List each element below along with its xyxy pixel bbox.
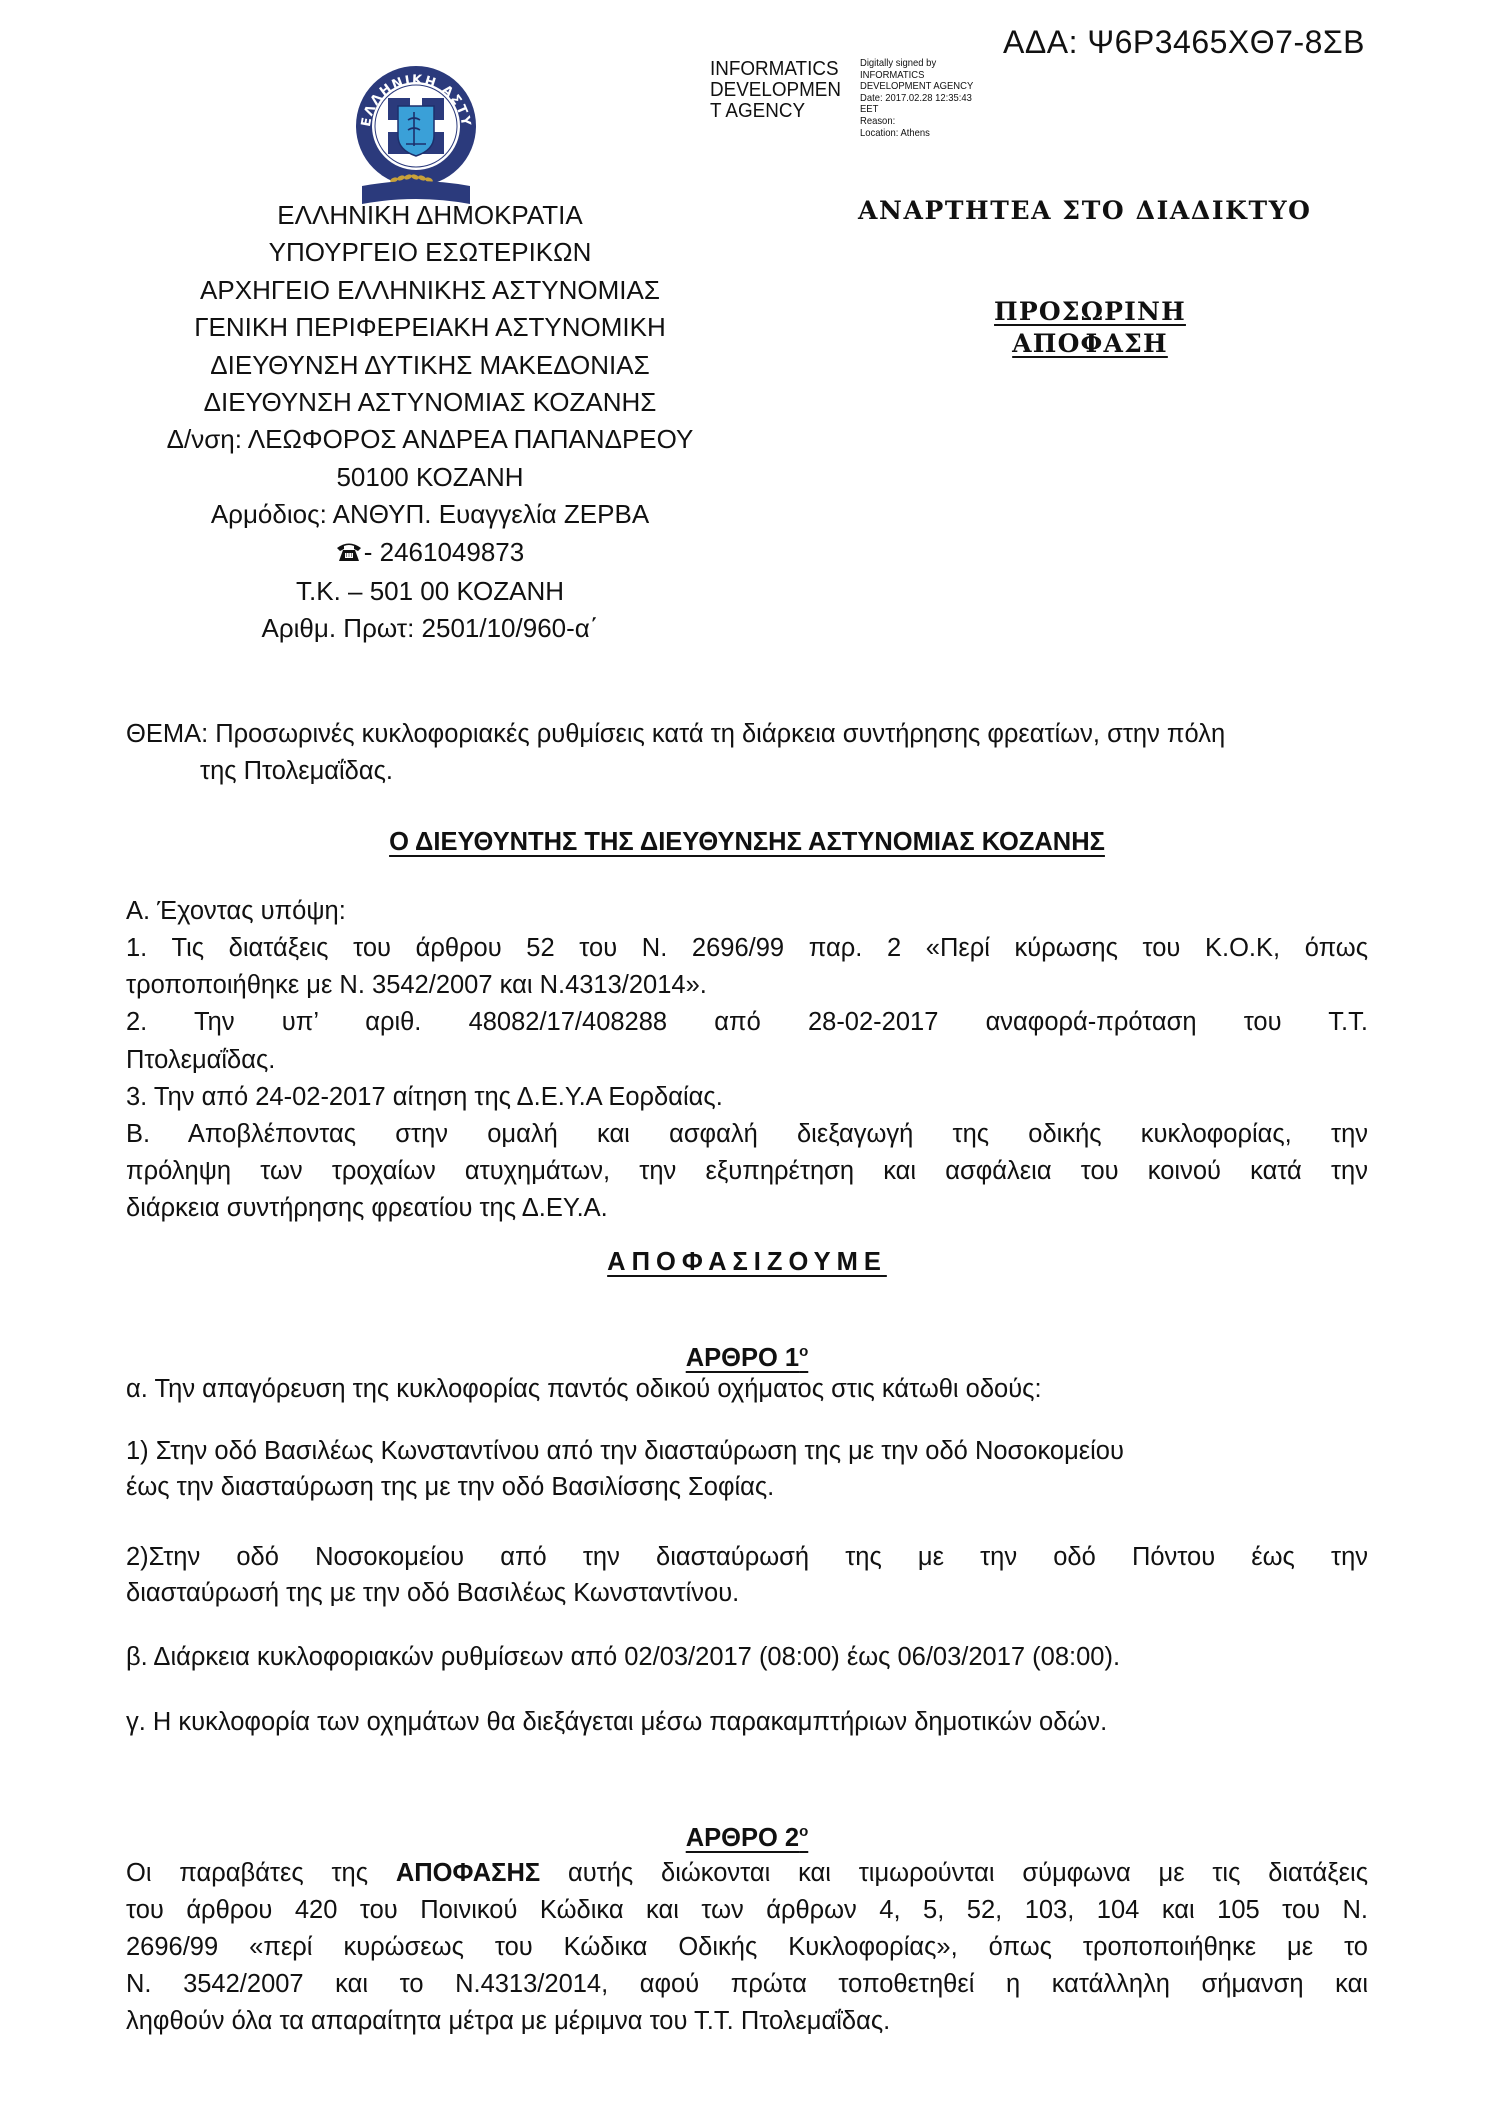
decision-type-line: ΠΡΟΣΩΡΙΝΗ <box>994 297 1186 326</box>
article-title-text: ΑΡΘΡΟ 1 <box>686 1344 799 1372</box>
article-2-title: ΑΡΘΡΟ 2ο <box>686 1824 809 1852</box>
ordinal-sup: ο <box>799 1343 808 1360</box>
article-2-line: του άρθρου 420 του Ποινικού Κώδικα και τ… <box>126 1892 1368 1929</box>
consideration-2: 2. Την υπ’ αριθ. 48082/17/408288 από 28-… <box>126 1004 1368 1041</box>
decide-heading: ΑΠΟΦΑΣΙΖΟΥΜΕ <box>607 1248 887 1276</box>
article-1-c: γ. Η κυκλοφορία των οχημάτων θα διεξάγετ… <box>126 1704 1368 1741</box>
signer-line: T AGENCY <box>710 100 841 121</box>
article-1-road-2: 2)Στην οδό Νοσοκομείου από την διασταύρω… <box>126 1539 1368 1576</box>
hellenic-police-emblem-icon: ΕΛΛΗΝΙΚΗ ΑΣΤΥΝΟΜΙΑ <box>348 58 484 208</box>
post-online-notice: ΑΝΑΡΤΗΤΕΑ ΣΤΟ ΔΙΑΔΙΚΤΥΟ <box>858 196 1312 225</box>
director-heading: Ο ΔΙΕΥΘΥΝΤΗΣ ΤΗΣ ΔΙΕΥΘΥΝΣΗΣ ΑΣΤΥΝΟΜΙΑΣ Κ… <box>389 828 1105 856</box>
authority-line: ΕΛΛΗΝΙΚΗ ΔΗΜΟΚΡΑΤΙΑ <box>140 197 720 234</box>
signature-detail-line: Location: Athens <box>860 128 973 140</box>
article-2-line: Ν. 3542/2007 και το Ν.4313/2014, αφού πρ… <box>126 1966 1368 2003</box>
subject-line: της Πτολεμαΐδας. <box>200 753 1442 790</box>
article-title-text: ΑΡΘΡΟ 2 <box>686 1824 799 1852</box>
authority-line: ΔΙΕΥΘΥΝΣΗ ΑΣΤΥΝΟΜΙΑΣ ΚΟΖΑΝΗΣ <box>140 384 720 421</box>
signature-detail-line: Reason: <box>860 116 973 128</box>
address-line: Δ/νση: ΛΕΩΦΟΡΟΣ ΑΝΔΡΕΑ ΠΑΠΑΝΔΡΕΟΥ <box>140 421 720 458</box>
considerations-intro: Α. Έχοντας υπόψη: <box>126 893 1368 930</box>
decision-type-line: ΑΠΟΦΑΣΗ <box>1012 329 1168 358</box>
article-1-title: ΑΡΘΡΟ 1ο <box>686 1344 809 1372</box>
decision-type: ΠΡΟΣΩΡΙΝΗ ΑΠΟΦΑΣΗ <box>940 296 1240 360</box>
text-run: Οι παραβάτες της <box>126 1859 396 1887</box>
emphasis-decision: ΑΠΟΦΑΣΗΣ <box>396 1859 540 1887</box>
consideration-3: 3. Την από 24-02-2017 αίτηση της Δ.Ε.Υ.Α… <box>126 1079 1368 1116</box>
consideration-b-cont: πρόληψη των τροχαίων ατυχημάτων, την εξυ… <box>126 1153 1368 1190</box>
issuing-authority-block: ΕΛΛΗΝΙΚΗ ΔΗΜΟΚΡΑΤΙΑ ΥΠΟΥΡΓΕΙΟ ΕΣΩΤΕΡΙΚΩΝ… <box>140 197 720 648</box>
consideration-1: 1. Τις διατάξεις του άρθρου 52 του Ν. 26… <box>126 930 1368 967</box>
consideration-b-cont: διάρκεια συντήρησης φρεατίου της Δ.ΕΥ.Α. <box>126 1190 1368 1227</box>
telephone-icon <box>336 536 362 573</box>
article-2-line: Οι παραβάτες της ΑΠΟΦΑΣΗΣ αυτής διώκοντα… <box>126 1855 1368 1892</box>
authority-line: ΔΙΕΥΘΥΝΣΗ ΔΥΤΙΚΗΣ ΜΑΚΕΔΟΝΙΑΣ <box>140 347 720 384</box>
signature-signer-name: INFORMATICS DEVELOPMEN T AGENCY <box>710 58 841 121</box>
authority-line: ΓΕΝΙΚΗ ΠΕΡΙΦΕΡΕΙΑΚΗ ΑΣΤΥΝΟΜΙΚΗ <box>140 309 720 346</box>
signer-line: DEVELOPMEN <box>710 79 841 100</box>
signature-detail-line: Digitally signed by <box>860 58 973 70</box>
consideration-b: Β. Αποβλέποντας στην ομαλή και ασφαλή δι… <box>126 1116 1368 1153</box>
consideration-2-cont: Πτολεμαΐδας. <box>126 1042 1368 1079</box>
officer-in-charge: Αρμόδιος: ΑΝΘΥΠ. Ευαγγελία ΖΕΡΒΑ <box>140 496 720 533</box>
article-1-road-2-cont: διασταύρωσή της με την οδό Βασιλέως Κωνσ… <box>126 1575 1368 1612</box>
subject-line: ΘΕΜΑ: Προσωρινές κυκλοφοριακές ρυθμίσεις… <box>126 716 1368 753</box>
phone-line: - 2461049873 <box>140 534 720 573</box>
article-2-line: 2696/99 «περί κυρώσεως του Κώδικα Οδικής… <box>126 1929 1368 1966</box>
authority-line: ΑΡΧΗΓΕΙΟ ΕΛΛΗΝΙΚΗΣ ΑΣΤΥΝΟΜΙΑΣ <box>140 272 720 309</box>
ordinal-sup: ο <box>799 1823 808 1840</box>
ada-code: ΑΔΑ: Ψ6Ρ3465ΧΘ7-8ΣΒ <box>1003 24 1365 61</box>
text-run: αυτής διώκονται και τιμωρούνται σύμφωνα … <box>540 1859 1368 1887</box>
signer-line: INFORMATICS <box>710 58 841 79</box>
signature-details: Digitally signed by INFORMATICS DEVELOPM… <box>860 58 973 139</box>
article-1-b: β. Διάρκεια κυκλοφοριακών ρυθμίσεων από … <box>126 1639 1368 1676</box>
article-1-a: α. Την απαγόρευση της κυκλοφορίας παντός… <box>126 1371 1368 1408</box>
consideration-1-cont: τροποποιήθηκε με Ν. 3542/2007 και Ν.4313… <box>126 967 1368 1004</box>
article-2-line: ληφθούν όλα τα απαραίτητα μέτρα με μέριμ… <box>126 2003 1368 2040</box>
authority-line: ΥΠΟΥΡΓΕΙΟ ΕΣΩΤΕΡΙΚΩΝ <box>140 234 720 271</box>
protocol-number: Αριθμ. Πρωτ: 2501/10/960-α΄ <box>140 610 720 647</box>
postal-code-line: Τ.Κ. – 501 00 ΚΟΖΑΝΗ <box>140 573 720 610</box>
phone-number: - 2461049873 <box>364 537 524 567</box>
article-1-road-1: 1) Στην οδό Βασιλέως Κωνσταντίνου από τη… <box>126 1433 1368 1470</box>
article-1-road-1-cont: έως την διασταύρωση της με την οδό Βασιλ… <box>126 1469 1368 1506</box>
city-line: 50100 ΚΟΖΑΝΗ <box>140 459 720 496</box>
